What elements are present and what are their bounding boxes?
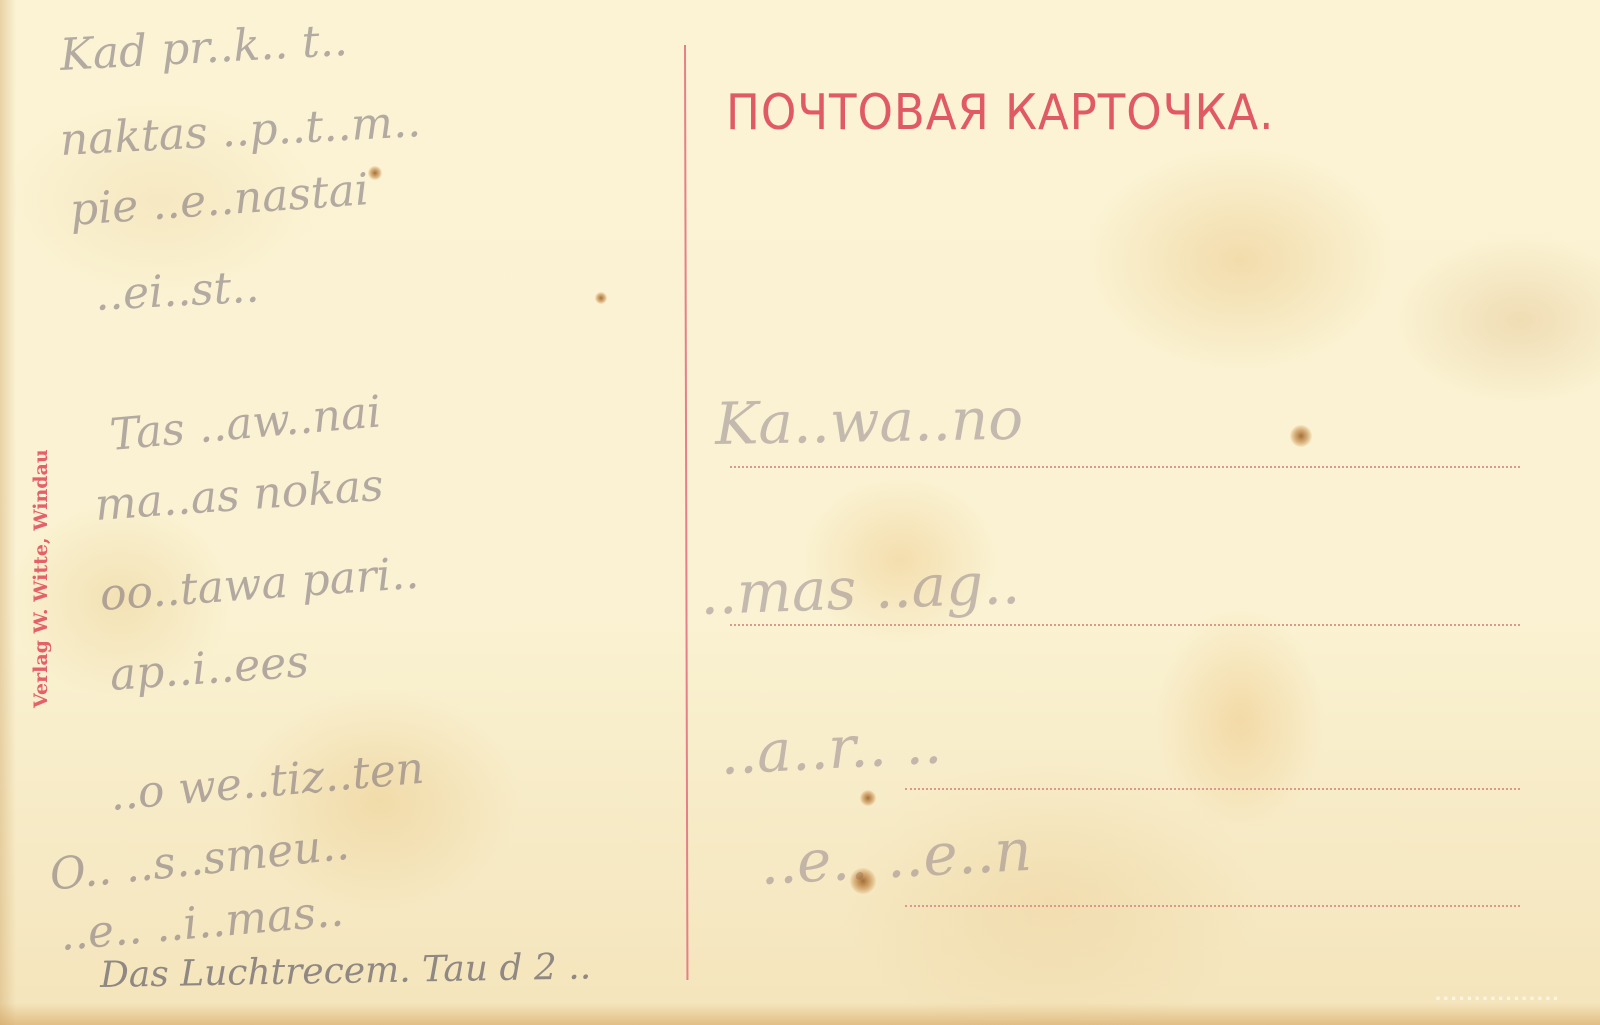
center-divider <box>684 45 688 980</box>
handwritten-message-line: ap..i..ees <box>108 636 310 701</box>
foxing-stain <box>850 868 876 894</box>
foxing-stain <box>860 790 876 806</box>
handwritten-message-line: oo..tawa pari.. <box>98 548 420 621</box>
paper-edge-left <box>0 0 16 1025</box>
handwritten-signature-date: Das Luchtrecem. Tau d 2 .. <box>100 946 592 996</box>
address-line-2 <box>730 624 1520 626</box>
watermark: ................ <box>1435 984 1560 1005</box>
postcard-title: ПОЧТОВАЯ КАРТОЧКА. <box>726 84 1274 141</box>
handwritten-message-line: ..ei..st.. <box>94 261 261 321</box>
publisher-imprint: Verlag W. Witte, Windau <box>30 449 52 708</box>
address-line-3 <box>905 788 1520 790</box>
foxing-stain <box>1290 425 1312 447</box>
handwritten-message-line: ..e.. ..i..mas.. <box>58 885 346 961</box>
address-line-4 <box>905 905 1520 907</box>
postcard-back: ПОЧТОВАЯ КАРТОЧКА. Verlag W. Witte, Wind… <box>0 0 1600 1025</box>
handwritten-address-line: ..mas ..ag.. <box>699 549 1021 628</box>
handwritten-message-line: ..o we..tiz..ten <box>108 743 426 821</box>
handwritten-message-line: pie ..e..nastai <box>68 164 370 236</box>
paper-edge-bottom <box>0 1003 1600 1025</box>
handwritten-message-line: ma..as nokas <box>93 460 385 531</box>
foxing-stain <box>595 292 607 304</box>
handwritten-address-line: Ka..wa..no <box>714 385 1023 458</box>
handwritten-message-line: naktas ..p..t..m.. <box>59 96 422 166</box>
address-line-1 <box>730 466 1520 468</box>
handwritten-message-line: Tas ..aw..nai <box>108 386 383 461</box>
handwritten-address-line: ..a..r.. .. <box>718 708 943 788</box>
handwritten-message-line: Kad pr..k.. t.. <box>59 15 349 81</box>
foxing-stain <box>368 166 382 180</box>
handwritten-address-line: ..e.. ..e..n <box>758 816 1033 898</box>
